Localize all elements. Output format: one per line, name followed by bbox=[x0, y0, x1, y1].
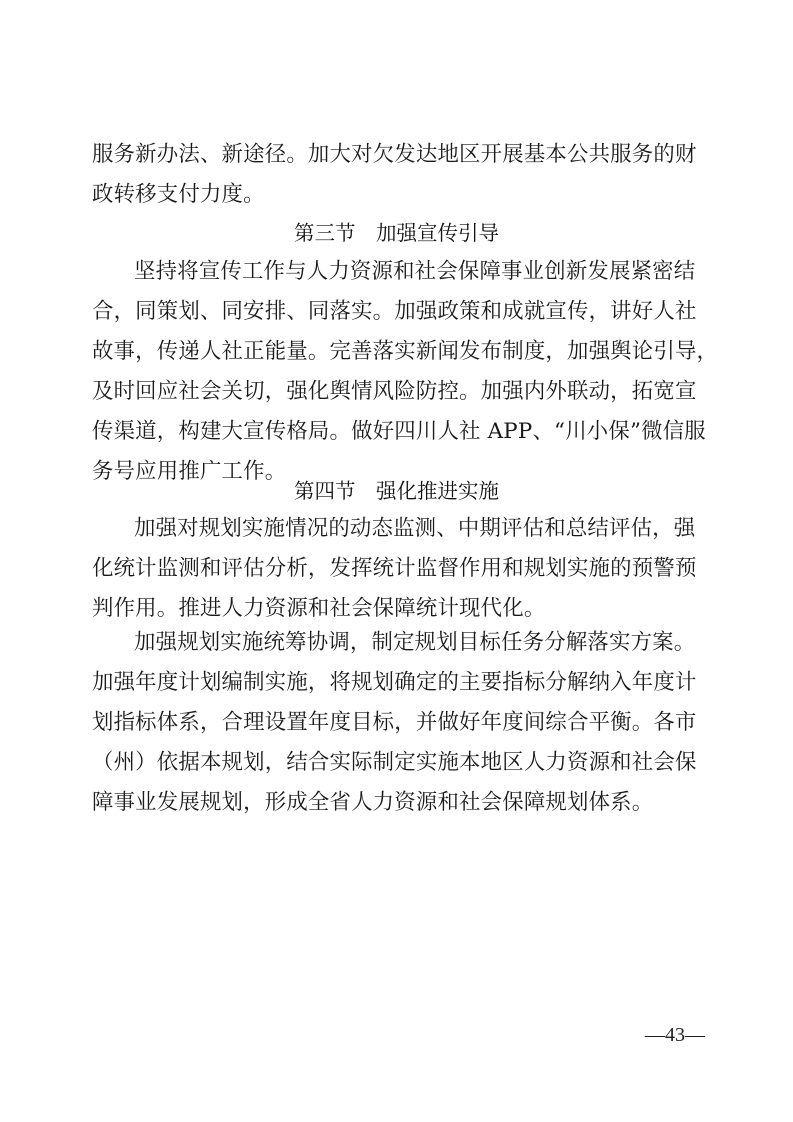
body-line: 故事，传递人社正能量。完善落实新闻发布制度，加强舆论引导， bbox=[92, 337, 704, 367]
document-page: 服务新办法、新途径。加大对欠发达地区开展基本公共服务的财 政转移支付力度。 第三… bbox=[0, 0, 793, 1122]
body-line: 加强对规划实施情况的动态监测、中期评估和总结评估，强 bbox=[134, 514, 704, 544]
body-line: 划指标体系，合理设置年度目标，并做好年度间综合平衡。各市 bbox=[92, 708, 704, 738]
body-line: 政转移支付力度。 bbox=[92, 180, 704, 210]
section-heading: 第三节 加强宣传引导 bbox=[0, 218, 793, 248]
body-line: 传渠道，构建大宣传格局。做好四川人社 APP、“川小保”微信服 bbox=[92, 417, 704, 447]
body-line: 合，同策划、同安排、同落实。加强政策和成就宣传，讲好人社 bbox=[92, 297, 704, 327]
body-line: 服务新办法、新途径。加大对欠发达地区开展基本公共服务的财 bbox=[92, 140, 704, 170]
body-line: 坚持将宣传工作与人力资源和社会保障事业创新发展紧密结 bbox=[134, 257, 704, 287]
body-line: 障事业发展规划，形成全省人力资源和社会保障规划体系。 bbox=[92, 788, 704, 818]
body-line: 及时回应社会关切，强化舆情风险防控。加强内外联动，拓宽宣 bbox=[92, 377, 704, 407]
page-number: —43— bbox=[645, 1023, 705, 1047]
body-line: 化统计监测和评估分析，发挥统计监督作用和规划实施的预警预 bbox=[92, 554, 704, 584]
body-line: （州）依据本规划，结合实际制定实施本地区人力资源和社会保 bbox=[92, 748, 704, 778]
body-line: 加强规划实施统筹协调，制定规划目标任务分解落实方案。 bbox=[134, 628, 704, 658]
body-line: 加强年度计划编制实施，将规划确定的主要指标分解纳入年度计 bbox=[92, 668, 704, 698]
section-heading: 第四节 强化推进实施 bbox=[0, 476, 793, 506]
body-line: 判作用。推进人力资源和社会保障统计现代化。 bbox=[92, 594, 704, 624]
